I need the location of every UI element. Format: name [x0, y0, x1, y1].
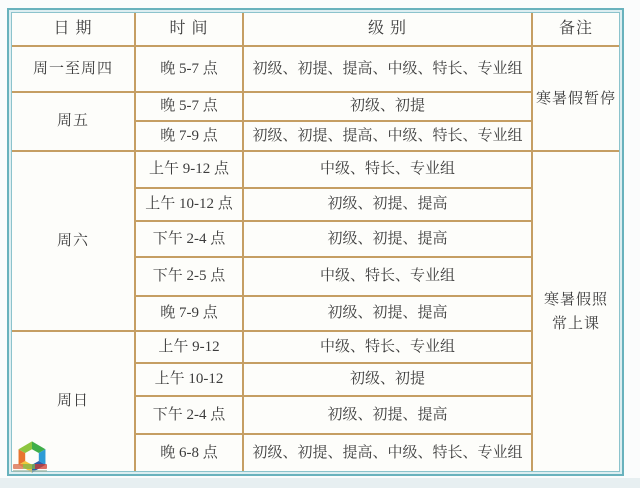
- time-cell: 晚 7-9 点: [135, 121, 243, 151]
- level-cell: 初级、初提、提高、中级、特长、专业组: [243, 46, 532, 92]
- level-cell: 中级、特长、专业组: [243, 257, 532, 296]
- table-row: 周一至周四 晚 5-7 点 初级、初提、提高、中级、特长、专业组 寒暑假暂停: [12, 46, 619, 92]
- level-cell: 初级、初提、提高: [243, 296, 532, 331]
- header-date: 日 期: [12, 13, 135, 46]
- time-cell: 晚 5-7 点: [135, 92, 243, 121]
- level-cell: 初级、初提、提高、中级、特长、专业组: [243, 434, 532, 471]
- time-cell: 上午 9-12: [135, 331, 243, 363]
- date-cell-mon-thu: 周一至周四: [12, 46, 135, 92]
- class-schedule: 日 期 时 间 级 别 备注 周一至周四 晚 5-7 点 初级、初提、提高、中级…: [12, 13, 619, 471]
- level-cell: 中级、特长、专业组: [243, 331, 532, 363]
- level-cell: 初级、初提、提高: [243, 221, 532, 257]
- level-cell: 初级、初提、提高: [243, 396, 532, 434]
- date-cell-fri: 周五: [12, 92, 135, 151]
- logo-caption: [13, 464, 47, 473]
- level-cell: 初级、初提、提高、中级、特长、专业组: [243, 121, 532, 151]
- time-cell: 下午 2-4 点: [135, 221, 243, 257]
- table-row: 周六 上午 9-12 点 中级、特长、专业组 寒暑假照 常上课: [12, 151, 619, 188]
- time-cell: 上午 10-12: [135, 363, 243, 396]
- note-cell-holiday-open: 寒暑假照 常上课: [532, 151, 619, 471]
- page-background: 日 期 时 间 级 别 备注 周一至周四 晚 5-7 点 初级、初提、提高、中级…: [0, 0, 640, 488]
- table-row: 周五 晚 5-7 点 初级、初提: [12, 92, 619, 121]
- schedule-table: 日 期 时 间 级 别 备注 周一至周四 晚 5-7 点 初级、初提、提高、中级…: [7, 8, 624, 476]
- time-cell: 晚 5-7 点: [135, 46, 243, 92]
- level-cell: 初级、初提、提高: [243, 188, 532, 221]
- header-note: 备注: [532, 13, 619, 46]
- header-time: 时 间: [135, 13, 243, 46]
- date-cell-sat: 周六: [12, 151, 135, 331]
- level-cell: 初级、初提: [243, 92, 532, 121]
- time-cell: 上午 9-12 点: [135, 151, 243, 188]
- time-cell: 下午 2-5 点: [135, 257, 243, 296]
- page-bottom-band: [0, 478, 640, 488]
- level-cell: 初级、初提: [243, 363, 532, 396]
- table-header-row: 日 期 时 间 级 别 备注: [12, 13, 619, 46]
- time-cell: 晚 7-9 点: [135, 296, 243, 331]
- header-level: 级 别: [243, 13, 532, 46]
- time-cell: 下午 2-4 点: [135, 396, 243, 434]
- time-cell: 晚 6-8 点: [135, 434, 243, 471]
- table-row: 周日 上午 9-12 中级、特长、专业组: [12, 331, 619, 363]
- schedule-table-inner: 日 期 时 间 级 别 备注 周一至周四 晚 5-7 点 初级、初提、提高、中级…: [11, 12, 620, 472]
- note-cell-holiday-pause: 寒暑假暂停: [532, 46, 619, 151]
- level-cell: 中级、特长、专业组: [243, 151, 532, 188]
- time-cell: 上午 10-12 点: [135, 188, 243, 221]
